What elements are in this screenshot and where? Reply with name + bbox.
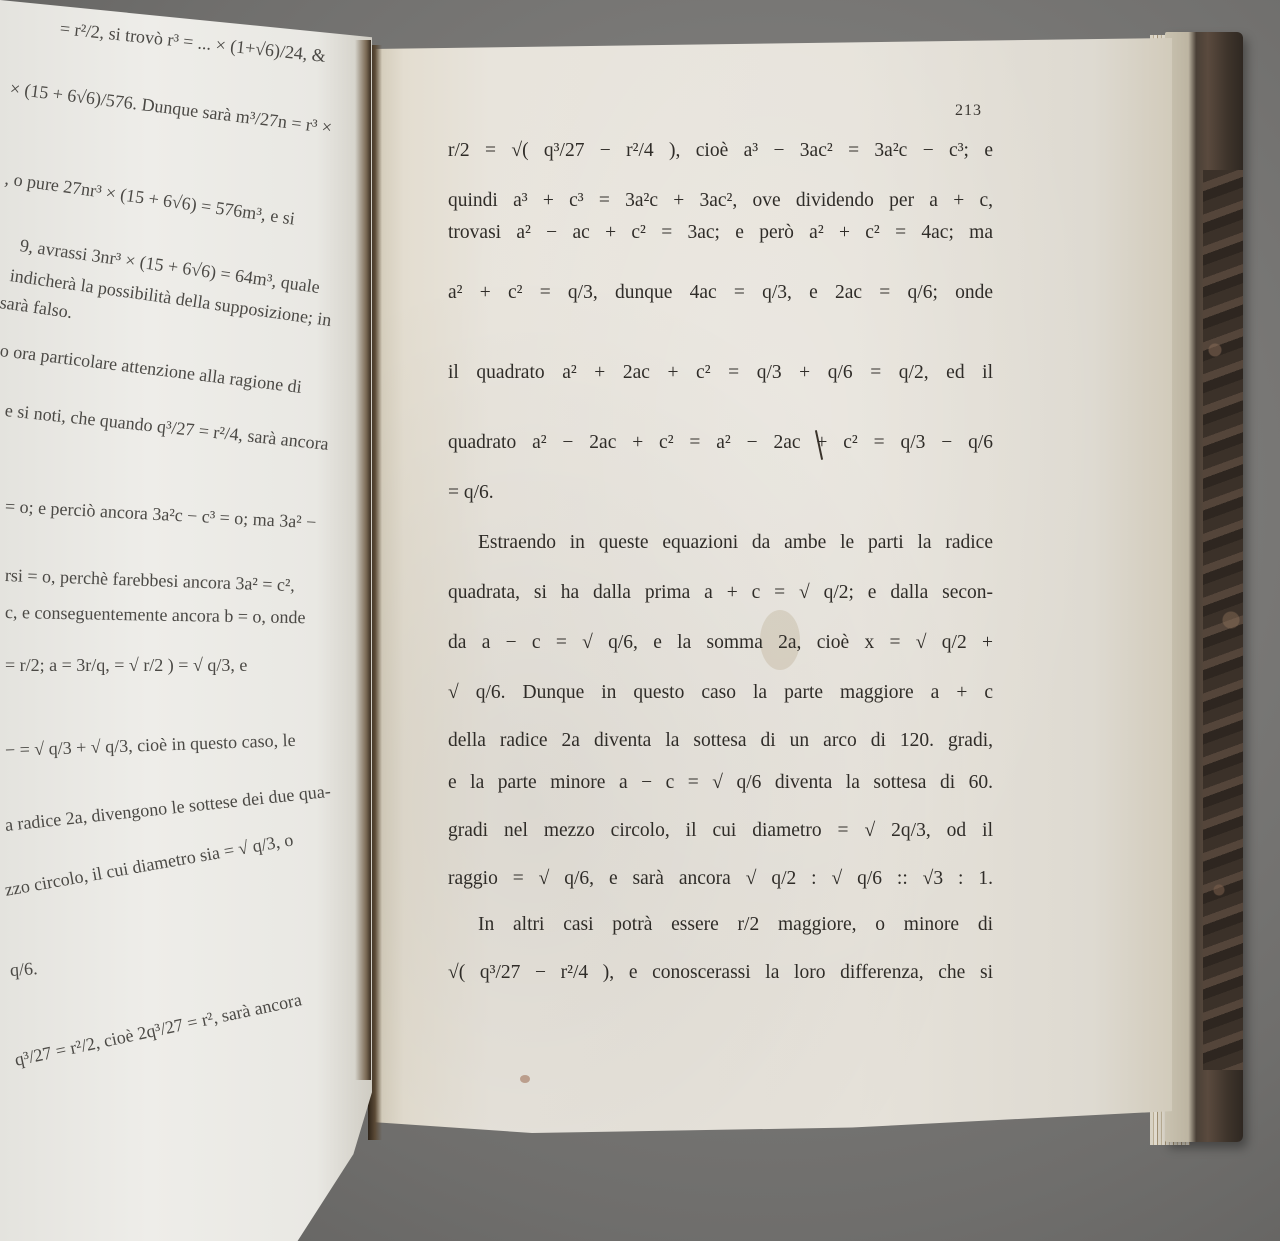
left-page-text: = r²/2, si trovò r³ = ... × (1+√6)/24, &…: [0, 0, 360, 1241]
text-line: a² + c² = q/3, dunque 4ac = q/3, e 2ac =…: [448, 282, 993, 304]
text-line: gradi nel mezzo circolo, il cui diametro…: [448, 820, 993, 842]
text-line: Estraendo in queste equazioni da ambe le…: [448, 532, 993, 554]
text-line: sarà falso.: [0, 292, 74, 323]
text-line: e si noti, che quando q³/27 = r²/4, sarà…: [4, 400, 330, 455]
text-line: √ q/6. Dunque in questo caso la parte ma…: [448, 682, 993, 704]
text-line: e la parte minore a − c = √ q/6 diventa …: [448, 772, 993, 794]
text-line: = o; e perciò ancora 3a²c − c³ = o; ma 3…: [4, 496, 316, 533]
text-line: trovasi a² − ac + c² = 3ac; e però a² + …: [448, 222, 993, 244]
text-line: a radice 2a, divengono le sottese dei du…: [4, 781, 332, 836]
text-line: il quadrato a² + 2ac + c² = q/3 + q/6 = …: [448, 362, 993, 384]
text-line: quindi a³ + c³ = 3a²c + 3ac², ove divide…: [448, 190, 993, 212]
text-line: − = √ q/3 + √ q/3, cioè in questo caso, …: [5, 730, 296, 761]
text-line: = q/6.: [448, 482, 993, 504]
foxing-spot: [520, 1075, 530, 1083]
text-line: zzo circolo, il cui diametro sia = √ q/3…: [3, 829, 295, 900]
text-line: √( q³/27 − r²/4 ), e conoscerassi la lor…: [448, 962, 993, 984]
text-line: rsi = o, perchè farebbesi ancora 3a² = c…: [5, 565, 296, 596]
marbled-cover-paper: [1203, 170, 1243, 1070]
text-line: q³/27 = r²/2, cioè 2q³/27 = r², sarà anc…: [13, 989, 304, 1070]
text-line: da a − c = √ q/6, e la somma 2a, cioè x …: [448, 632, 993, 654]
left-page-edge-shadow: [355, 40, 371, 1080]
text-line: × (15 + 6√6)/576. Dunque sarà m³/27n = r…: [9, 78, 333, 138]
page-number: 213: [955, 102, 982, 120]
text-line: = r/2; a = 3r/q, = √ r/2 ) = √ q/3, e: [5, 655, 247, 676]
text-line: r/2 = √( q³/27 − r²/4 ), cioè a³ − 3ac² …: [448, 140, 993, 162]
text-line: raggio = √ q/6, e sarà ancora √ q/2 : √ …: [448, 868, 993, 890]
left-page: = r²/2, si trovò r³ = ... × (1+√6)/24, &…: [0, 0, 372, 1241]
text-line: quadrata, si ha dalla prima a + c = √ q/…: [448, 582, 993, 604]
text-line: In altri casi potrà essere r/2 maggiore,…: [448, 914, 993, 936]
text-line: o ora particolare attenzione alla ragion…: [0, 340, 303, 398]
text-line: c, e conseguentemente ancora b = o, onde: [5, 602, 306, 628]
text-line: della radice 2a diventa la sottesa di un…: [448, 730, 993, 752]
text-line: quadrato a² − 2ac + c² = a² − 2ac + c² =…: [448, 432, 993, 454]
text-line: , o pure 27nr³ × (15 + 6√6) = 576m³, e s…: [4, 168, 297, 230]
text-line: q/6.: [9, 958, 38, 981]
